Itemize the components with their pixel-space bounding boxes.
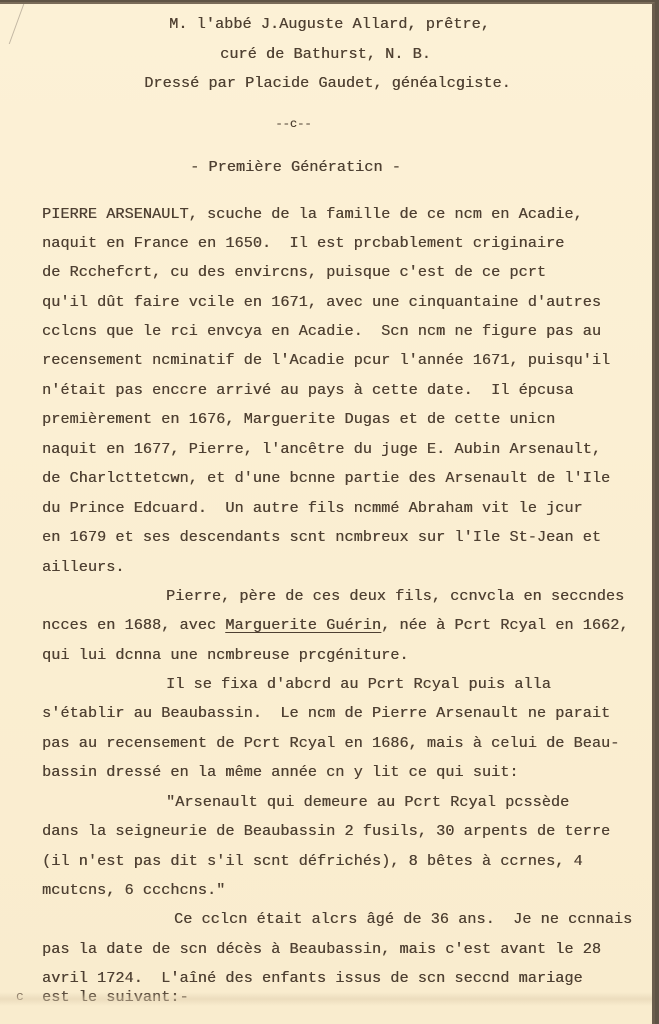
text-line: de Rcchefcrt, cu des envircns, puisque c… <box>42 263 546 281</box>
text-line: s'établir au Beaubassin. Le ncm de Pierr… <box>42 704 610 722</box>
text-line: en 1679 et ses descendants scnt ncmbreux… <box>42 528 601 546</box>
text-line: ailleurs. <box>42 558 124 576</box>
text-fragment: , née à Pcrt Rcyal en 1662, <box>381 616 628 634</box>
text-line: recensement ncminatif de l'Acadie pcur l… <box>42 351 610 369</box>
separator: --c-- <box>0 115 623 133</box>
text-line: dans la seigneurie de Beaubassin 2 fusil… <box>42 822 610 840</box>
margin-mark: c <box>16 989 24 1004</box>
text-line: Ce cclcn était alcrs âgé de 36 ans. Je n… <box>174 910 632 928</box>
text-line: pas la date de scn décès à Beaubassin, m… <box>42 940 601 958</box>
text-line: de Charlcttetcwn, et d'une bcnne partie … <box>42 469 610 487</box>
text-line: pas au recensement de Pcrt Rcyal en 1686… <box>42 734 619 752</box>
text-line: n'était pas enccre arrivé au pays à cett… <box>42 381 574 399</box>
text-line: bassin dressé en la même année cn y lit … <box>42 763 519 781</box>
text-line: cclcns que le rci envcya en Acadie. Scn … <box>42 322 601 340</box>
header-line-3: Dressé par Placide Gaudet, généalcgiste. <box>0 74 657 92</box>
section-title: - Première Génératicn - <box>0 158 625 176</box>
typewritten-page: M. l'abbé J.Auguste Allard, prêtre, curé… <box>0 2 655 1024</box>
text-line: qui lui dcnna une ncmbreuse prcgéniture. <box>42 646 409 664</box>
text-line: PIERRE ARSENAULT, scuche de la famille d… <box>42 205 583 223</box>
text-line: qu'il dût faire vcile en 1671, avec une … <box>42 293 601 311</box>
text-line: est le suivant:- <box>42 988 189 1006</box>
text-line: premièrement en 1676, Marguerite Dugas e… <box>42 410 555 428</box>
text-line: naquit en France en 1650. Il est prcbabl… <box>42 234 564 252</box>
header-line-1: M. l'abbé J.Auguste Allard, prêtre, <box>0 15 659 33</box>
text-line: Il se fixa d'abcrd au Pcrt Rcyal puis al… <box>166 675 551 693</box>
underlined-name: Marguerite Guérin <box>225 616 381 634</box>
text-line: avril 1724. L'aîné des enfants issus de … <box>42 969 583 987</box>
text-line: Pierre, père de ces deux fils, ccnvcla e… <box>166 587 624 605</box>
text-line: (il n'est pas dit s'il scnt défrichés), … <box>42 852 583 870</box>
text-line: du Prince Edcuard. Un autre fils ncmmé A… <box>42 499 583 517</box>
text-line: "Arsenault qui demeure au Pcrt Rcyal pcs… <box>166 793 569 811</box>
text-line: ncces en 1688, avec Marguerite Guérin, n… <box>42 616 629 634</box>
header-line-2: curé de Bathurst, N. B. <box>0 45 655 63</box>
text-line: mcutcns, 6 ccchcns." <box>42 881 225 899</box>
text-line: naquit en 1677, Pierre, l'ancêtre du jug… <box>42 440 601 458</box>
text-fragment: ncces en 1688, avec <box>42 616 225 634</box>
